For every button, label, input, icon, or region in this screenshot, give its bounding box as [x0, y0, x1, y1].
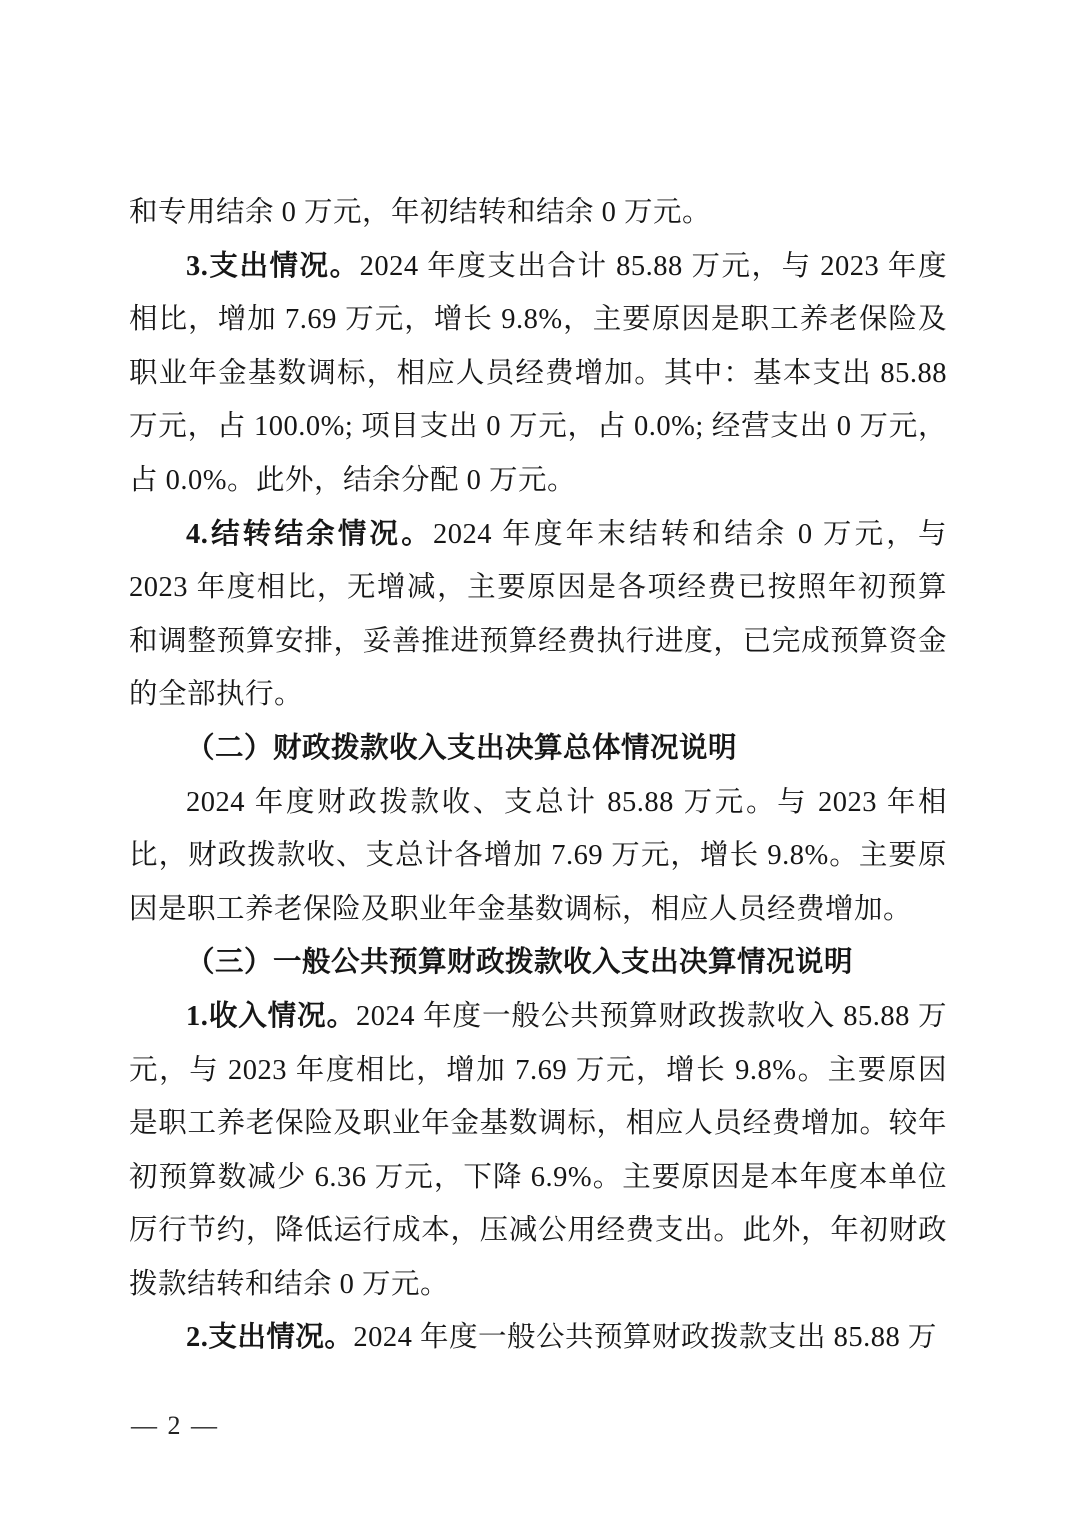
paragraph-lead-bold: （三）一般公共预算财政拨款收入支出决算情况说明 — [186, 947, 853, 978]
paragraph: （二）财政拨款收入支出决算总体情况说明 — [129, 722, 947, 776]
page-footer: — 2 — — [131, 1408, 219, 1444]
page-number: — 2 — — [131, 1411, 219, 1440]
paragraph-lead-bold: 4.结转结余情况。 — [186, 519, 433, 550]
document-page: 和专用结余 0 万元，年初结转和结余 0 万元。3.支出情况。2024 年度支出… — [0, 0, 1075, 1520]
paragraph: （三）一般公共预算财政拨款收入支出决算情况说明 — [129, 936, 947, 990]
paragraph-lead-bold: 2.支出情况。 — [186, 1322, 353, 1353]
paragraph: 1.收入情况。2024 年度一般公共预算财政拨款收入 85.88 万元，与 20… — [129, 990, 947, 1312]
document-body: 和专用结余 0 万元，年初结转和结余 0 万元。3.支出情况。2024 年度支出… — [129, 186, 947, 1365]
paragraph-text: 2024 年度一般公共预算财政拨款支出 85.88 万 — [353, 1322, 937, 1353]
paragraph-lead-bold: 1.收入情况。 — [186, 1001, 356, 1032]
paragraph: 和专用结余 0 万元，年初结转和结余 0 万元。 — [129, 186, 947, 240]
paragraph: 4.结转结余情况。2024 年度年末结转和结余 0 万元，与 2023 年度相比… — [129, 508, 947, 722]
paragraph-text: 2024 年度一般公共预算财政拨款收入 85.88 万元，与 2023 年度相比… — [129, 1001, 947, 1300]
paragraph: 3.支出情况。2024 年度支出合计 85.88 万元，与 2023 年度相比，… — [129, 240, 947, 508]
paragraph-text: 2024 年度支出合计 85.88 万元，与 2023 年度相比，增加 7.69… — [129, 251, 947, 496]
paragraph-lead-bold: 3.支出情况。 — [186, 251, 360, 282]
paragraph: 2.支出情况。2024 年度一般公共预算财政拨款支出 85.88 万 — [129, 1311, 947, 1365]
paragraph-lead-bold: （二）财政拨款收入支出决算总体情况说明 — [186, 733, 737, 764]
paragraph: 2024 年度财政拨款收、支总计 85.88 万元。与 2023 年相比，财政拨… — [129, 776, 947, 937]
paragraph-text: 2024 年度财政拨款收、支总计 85.88 万元。与 2023 年相比，财政拨… — [129, 787, 947, 925]
paragraph-text: 和专用结余 0 万元，年初结转和结余 0 万元。 — [129, 197, 711, 228]
